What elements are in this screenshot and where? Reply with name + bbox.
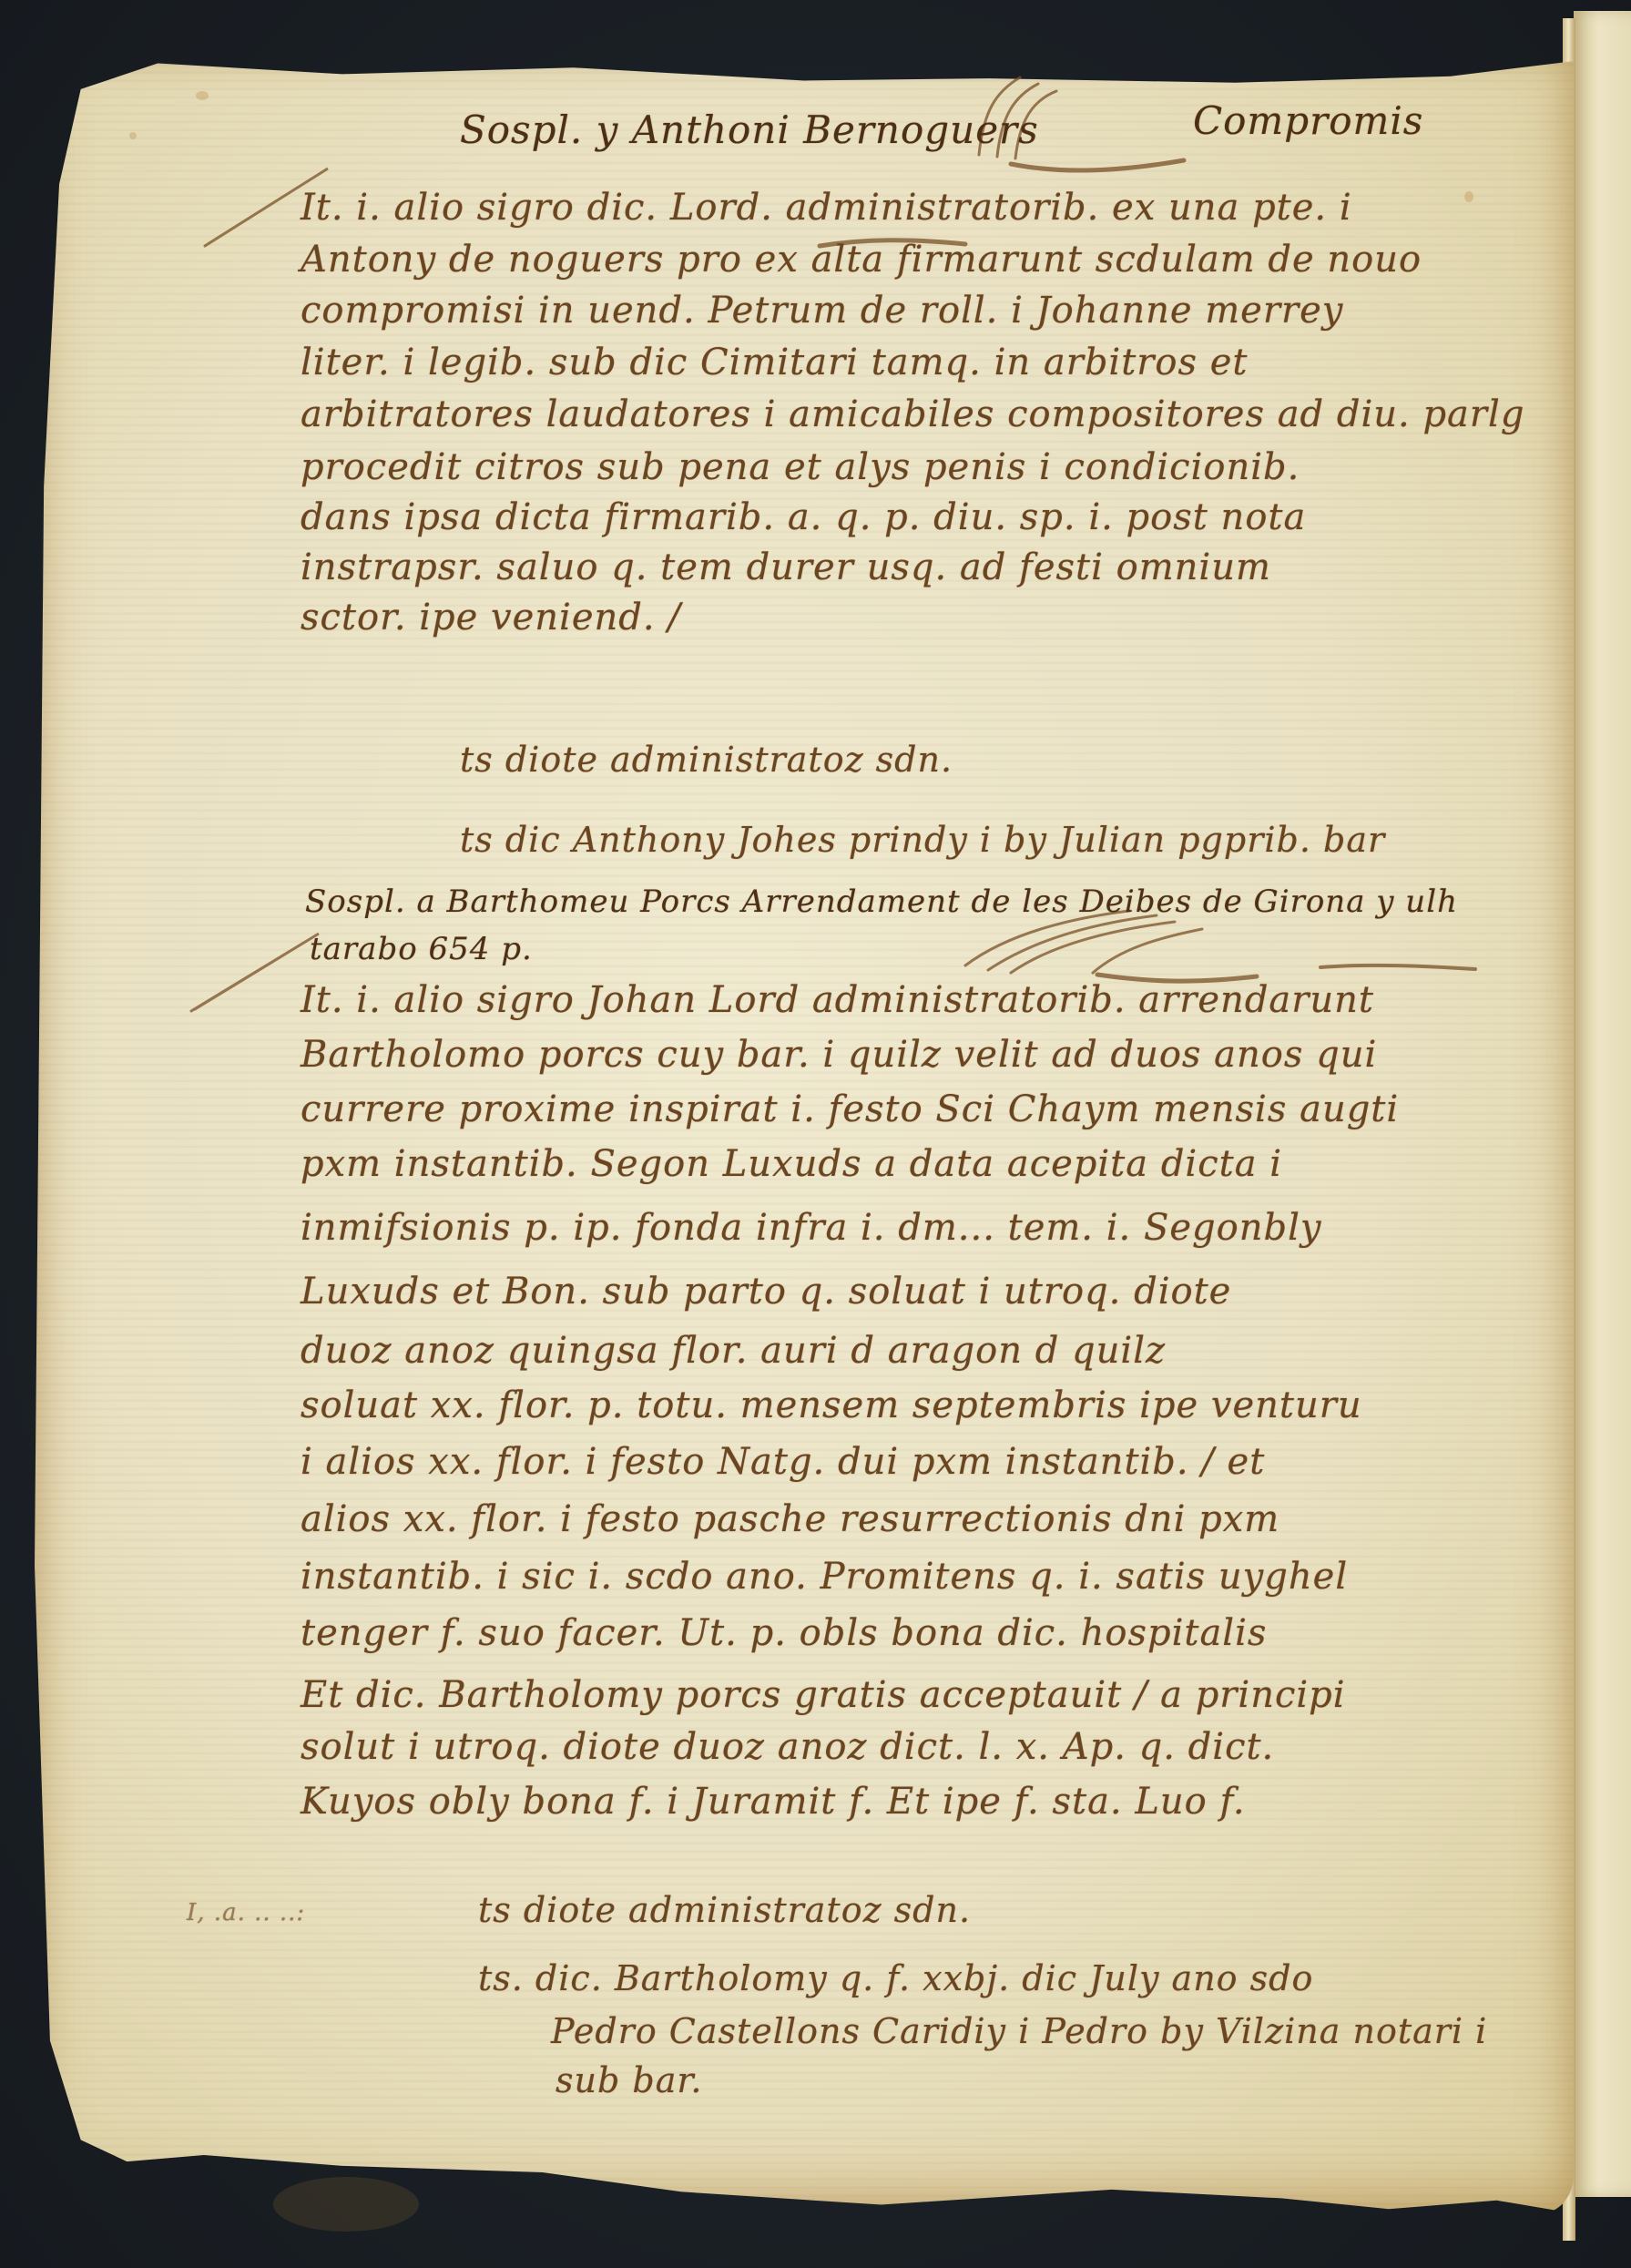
entry-1-heading: Sospl. y Anthoni Bernoguers (460, 107, 1039, 152)
entry-2-line: ts diote administratoz sdn. (460, 740, 953, 780)
entry-1-line: compromisi in uend. Petrum de roll. i Jo… (301, 290, 1343, 332)
entry-3-line: instantib. i sic i. scdo ano. Promitens … (301, 1556, 1348, 1598)
entry-1-line: dans ipsa dicta firmarib. a. q. p. diu. … (301, 496, 1306, 538)
entry-1-line: instrapsr. saluo q. tem durer usq. ad fe… (301, 547, 1271, 588)
entry-3-line: duoz anoz quingsa flor. auri d aragon d … (301, 1330, 1166, 1372)
entry-3-line: inmifsionis p. ip. fonda infra i. dm... … (301, 1207, 1321, 1249)
entry-3-line: currere proxime inspirat i. festo Sci Ch… (301, 1088, 1399, 1130)
entry-3-margin-title-cont: tarabo 654 p. (310, 931, 533, 967)
entry-3-line: Kuyos obly bona f. i Juramit f. Et ipe f… (301, 1781, 1246, 1823)
entry-3-line: i alios xx. flor. i festo Natg. dui pxm … (301, 1441, 1265, 1483)
entry-1-line: Antony de noguers pro ex alta firmarunt … (301, 239, 1422, 281)
entry-3-line: solut i utroq. diote duoz anoz dict. l. … (301, 1726, 1274, 1768)
entry-4-margin-marks: I, .a. .. ..: (187, 1899, 305, 1926)
entry-4-line: Pedro Castellons Caridiy i Pedro by Vilz… (551, 2011, 1487, 2051)
entry-3-line: It. i. alio sigro Johan Lord administrat… (301, 979, 1374, 1021)
entry-3-line: alios xx. flor. i festo pasche resurrect… (301, 1498, 1279, 1540)
entry-1-line: It. i. alio sigro dic. Lord. administrat… (301, 187, 1352, 229)
entry-3-line: Bartholomo porcs cuy bar. i quilz velit … (301, 1034, 1377, 1076)
entry-1-margin-title: Compromis (1193, 98, 1423, 143)
entry-4-line: ts. dic. Bartholomy q. f. xxbj. dic July… (478, 1958, 1313, 1998)
entry-1-line: liter. i legib. sub dic Cimitari tamq. i… (301, 342, 1248, 383)
entry-1-line: procedit citros sub pena et alys penis i… (301, 446, 1300, 488)
entry-4-line: sub bar. (556, 2060, 702, 2100)
entry-3-line: soluat xx. flor. p. totu. mensem septemb… (301, 1384, 1362, 1426)
manuscript-text: Sospl. y Anthoni Bernoguers Compromis It… (0, 0, 1631, 2268)
entry-3-line: Et dic. Bartholomy porcs gratis acceptau… (301, 1674, 1346, 1716)
entry-2-line: ts dic Anthony Johes prindy i by Julian … (460, 820, 1385, 860)
entry-3-line: tenger f. suo facer. Ut. p. obls bona di… (301, 1612, 1267, 1654)
entry-4-line: ts diote administratoz sdn. (478, 1890, 971, 1930)
entry-3-line: Luxuds et Bon. sub parto q. soluat i utr… (301, 1271, 1231, 1313)
entry-3-margin-title: Sospl. a Barthomeu Porcs Arrendament de … (305, 884, 1458, 920)
entry-3-line: pxm instantib. Segon Luxuds a data acepi… (301, 1143, 1282, 1185)
entry-1-line: arbitratores laudatores i amicabiles com… (301, 393, 1524, 435)
entry-1-line: sctor. ipe veniend. / (301, 597, 681, 639)
